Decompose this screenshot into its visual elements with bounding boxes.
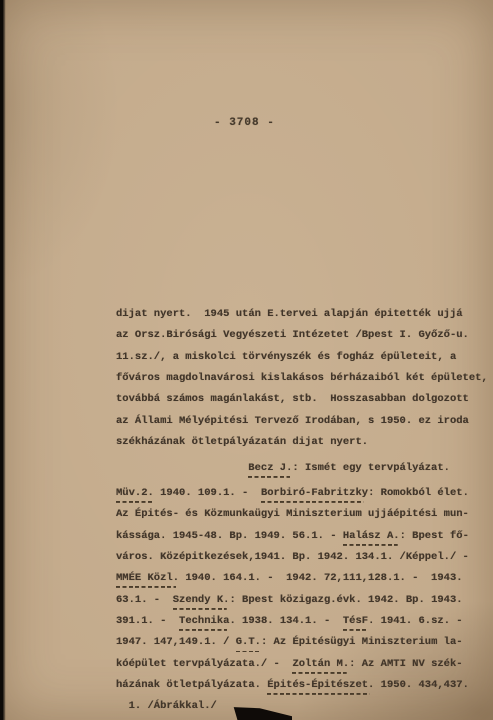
text-line: az Orsz.Birósági Vegyészeti Intézetet /B…	[116, 329, 493, 350]
paragraph-block: dijat nyert. 1945 után E.tervei alapján …	[116, 308, 493, 457]
text-line: továbbá számos magánlakást, stb. Hosszas…	[116, 393, 493, 414]
text-line: dijat nyert. 1945 után E.tervei alapján …	[116, 308, 493, 329]
text-line: 1. /Ábrákkal./	[116, 700, 493, 720]
text-segment: házának ötletpályázata.	[116, 679, 267, 691]
text-line: főváros magdolnavárosi kislakásos bérház…	[116, 372, 493, 393]
text-segment: dijat nyert. 1945 után E.tervei alapján …	[116, 308, 463, 320]
text-segment: 1. /Ábrákkal./	[129, 700, 217, 712]
text-segment: 11.sz./, a miskolci törvényszék és foghá…	[116, 351, 456, 363]
text-segment: : Romokból élet.	[368, 487, 469, 499]
underlined-text: Zoltán M.	[292, 658, 349, 674]
text-line: MMÉE Közl. 1940. 164.1. - 1942. 72,111,1…	[116, 572, 493, 593]
scan-edge-left	[0, 0, 6, 720]
text-line: házának ötletpályázata. Épités-Épitészet…	[116, 679, 493, 700]
text-line: Becz J.: Ismét egy tervpályázat.	[116, 462, 493, 483]
text-line: Müv.2. 1940. 109.1. - Borbiró-Fabritzky:…	[116, 487, 493, 508]
text-segment: kóépület tervpályázata./ -	[116, 658, 292, 670]
text-segment: 1950. 434,437.	[374, 679, 469, 691]
text-line: kóépület tervpályázata./ - Zoltán M.: Az…	[116, 658, 493, 679]
text-segment: 1940. 109.1. -	[154, 487, 261, 499]
underlined-text: Becz J.	[248, 462, 292, 478]
underlined-text: MMÉE Közl.	[116, 572, 179, 588]
text-segment: város. Középitkezések,1941. Bp. 1942. 13…	[116, 551, 469, 563]
underlined-text: Épités-Épitészet.	[267, 679, 374, 695]
underlined-text: Halász A.	[343, 530, 400, 546]
text-line: 391.1. - Technika. 1938. 134.1. - TésF. …	[116, 615, 493, 636]
text-line: 1947. 147,149.1. / G.T.: Az Épitésügyi M…	[116, 636, 493, 657]
entry-heading-block: Becz J.: Ismét egy tervpályázat.	[116, 462, 493, 483]
underlined-text: Technika	[179, 615, 229, 631]
underlined-text: G.T.	[236, 636, 261, 652]
text-line: 11.sz./, a miskolci törvényszék és foghá…	[116, 351, 493, 372]
text-segment: továbbá számos magánlakást, stb. Hosszas…	[116, 393, 469, 405]
bibliography-block: Müv.2. 1940. 109.1. - Borbiró-Fabritzky:…	[116, 487, 493, 720]
text-segment: . 1938. 134.1. -	[229, 615, 342, 627]
text-segment: 1940. 164.1. - 1942. 72,111,128.1. - 194…	[179, 572, 463, 584]
text-segment: székházának ötletpályázatán dijat nyert.	[116, 436, 368, 448]
text-segment: 391.1. -	[116, 615, 179, 627]
text-line: város. Középitkezések,1941. Bp. 1942. 13…	[116, 551, 493, 572]
text-line: kássága. 1945-48. Bp. 1949. 56.1. - Halá…	[116, 530, 493, 551]
text-line: 63.1. - Szendy K.: Bpest közigazg.évk. 1…	[116, 594, 493, 615]
text-segment: kássága. 1945-48. Bp. 1949. 56.1. -	[116, 530, 343, 542]
text-segment: az Állami Mélyépitési Tervező Irodában, …	[116, 415, 469, 427]
text-segment: . 1941. 6.sz. -	[368, 615, 463, 627]
scanned-document-page: - 3708 - dijat nyert. 1945 után E.tervei…	[0, 0, 493, 720]
underlined-text: TésF	[343, 615, 368, 631]
text-segment: az Orsz.Birósági Vegyészeti Intézetet /B…	[116, 329, 469, 341]
text-line: székházának ötletpályázatán dijat nyert.	[116, 436, 493, 457]
text-segment: : Bpest fő-	[400, 530, 469, 542]
text-segment: Az Épités- és Közmunkaügyi Miniszterium …	[116, 508, 469, 520]
text-segment: 63.1. -	[116, 594, 173, 606]
underlined-text: Borbiró-Fabritzky	[261, 487, 368, 503]
text-line: Az Épités- és Közmunkaügyi Miniszterium …	[116, 508, 493, 529]
page-number: - 3708 -	[214, 117, 275, 129]
text-line: az Állami Mélyépitési Tervező Irodában, …	[116, 415, 493, 436]
text-segment: főváros magdolnavárosi kislakásos bérház…	[116, 372, 488, 384]
underlined-text: Szendy K.	[173, 594, 230, 610]
text-segment: : Ismét egy tervpályázat.	[292, 462, 450, 474]
text-segment: : Az AMTI NV szék-	[349, 658, 462, 670]
text-segment: : Bpest közigazg.évk. 1942. Bp. 1943.	[229, 594, 462, 606]
text-segment: : Az Épitésügyi Miniszterium la-	[261, 636, 463, 648]
text-segment: 1947. 147,149.1. /	[116, 636, 236, 648]
underlined-text: Müv.2.	[116, 487, 154, 503]
